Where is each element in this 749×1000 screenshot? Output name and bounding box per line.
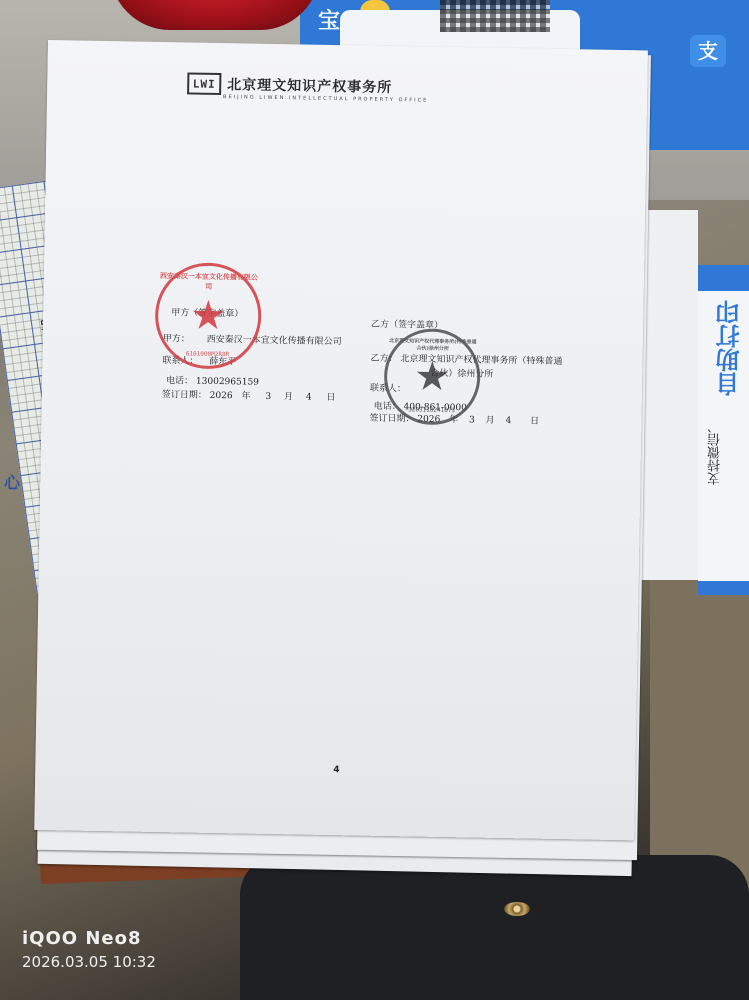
- firm-logo-icon: LWI: [187, 72, 221, 95]
- party-a-date-year: 2026: [210, 391, 233, 401]
- poster-character: 宝: [318, 4, 340, 35]
- party-b-date-month: 3: [469, 415, 475, 425]
- jacket: [240, 855, 749, 1000]
- party-b-sign-label: 乙方（签字盖章）: [371, 316, 563, 337]
- party-b-seal-number: 3203110241073: [387, 406, 477, 415]
- party-b-seal: 北京理文知识产权代理事务所(特殊普通合伙)徐州分所 ★ 320311024107…: [383, 328, 481, 426]
- party-b-seal-text: 北京理文知识产权代理事务所(特殊普通合伙)徐州分所: [388, 337, 478, 353]
- party-a-seal: 西安秦汉一本宜文化传播有限公司 ★ 6101000M2R8R: [154, 262, 262, 370]
- jacket-button: [504, 902, 530, 916]
- party-a-seal-text: 西安秦汉一本宜文化传播有限公司: [159, 271, 259, 293]
- firm-name-en: BEIJING LIWEN INTELLECTUAL PROPERTY OFFI…: [223, 94, 428, 104]
- back-sheet: [640, 210, 698, 580]
- party-b-day-char: 日: [530, 416, 539, 426]
- party-a-month-char: 月: [284, 392, 293, 402]
- capture-timestamp: 2026.03.05 10:32: [22, 953, 156, 971]
- page-number: 4: [333, 765, 339, 775]
- party-a-date-month: 3: [265, 392, 271, 402]
- qr-code: [440, 0, 550, 32]
- alipay-icon: 支: [690, 35, 726, 67]
- print-sign-subtitle: 支持微信、: [706, 420, 725, 485]
- grid-paper-char: 心: [4, 470, 20, 493]
- star-icon: ★: [414, 356, 451, 397]
- contract-page: LWI 北京理文知识产权事务所 BEIJING LIWEN INTELLECTU…: [34, 40, 648, 840]
- party-a-day-char: 日: [326, 393, 335, 403]
- device-name: iQOO Neo8: [22, 928, 156, 949]
- party-a-phone-label: 电话：: [166, 376, 193, 386]
- party-b-date-day: 4: [505, 416, 511, 426]
- star-icon: ★: [190, 296, 227, 337]
- party-a-date-label: 签订日期：: [162, 390, 207, 401]
- party-a-date-day: 4: [306, 393, 312, 403]
- party-b-month-char: 月: [486, 416, 495, 426]
- print-sign-title: 自助打印: [712, 300, 747, 396]
- party-a-year-char: 年: [241, 391, 250, 401]
- letterhead: LWI 北京理文知识产权事务所: [187, 72, 392, 98]
- camera-watermark: iQOO Neo8 2026.03.05 10:32: [22, 928, 156, 971]
